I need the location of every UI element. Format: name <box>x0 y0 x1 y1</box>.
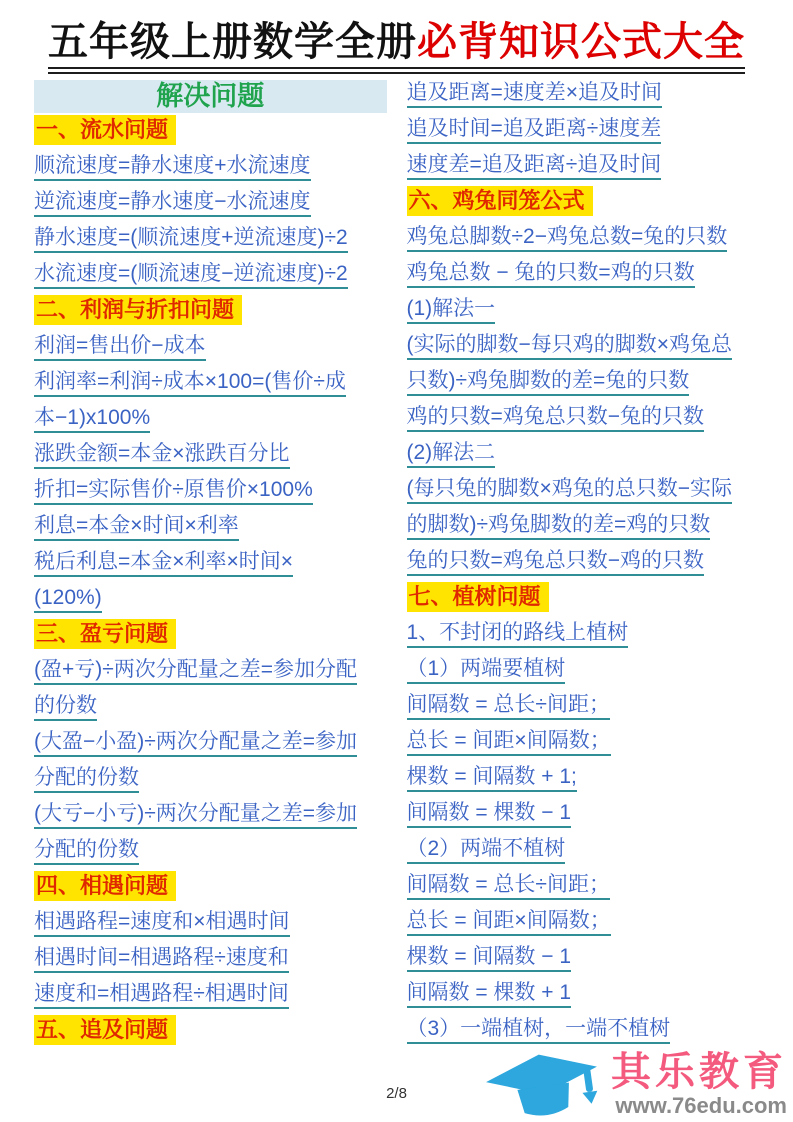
formula-line: 相遇路程=速度和×相遇时间 <box>34 909 387 935</box>
formula-line: 相遇时间=相遇路程÷速度和 <box>34 945 387 971</box>
line-text: 间隔数 = 总长÷间距； <box>407 693 610 720</box>
line-text: 五、追及问题 <box>34 1015 176 1045</box>
line-text: (120%) <box>34 586 102 613</box>
formula-line: 速度差=追及距离÷追及时间 <box>407 152 760 178</box>
formula-line: 利息=本金×时间×利率 <box>34 513 387 539</box>
formula-line: 总长 = 间距×间隔数； <box>407 908 760 934</box>
section-heading: 二、利润与折扣问题 <box>34 297 387 323</box>
line-text: 分配的份数 <box>34 766 139 793</box>
formula-line: 静水速度=(顺流速度+逆流速度)÷2 <box>34 225 387 251</box>
line-text: (盈+亏)÷两次分配量之差=参加分配 <box>34 658 357 685</box>
formula-line: 折扣=实际售价÷原售价×100% <box>34 477 387 503</box>
section-heading: 七、植树问题 <box>407 584 760 610</box>
formula-line: 速度和=相遇路程÷相遇时间 <box>34 981 387 1007</box>
line-text: 鸡兔总数 − 兔的只数=鸡的只数 <box>407 261 695 288</box>
line-text: 鸡的只数=鸡兔总只数−兔的只数 <box>407 405 705 432</box>
formula-line: 的份数 <box>34 693 387 719</box>
formula-line: (每只兔的脚数×鸡兔的总只数−实际 <box>407 476 760 502</box>
line-text: 的份数 <box>34 694 97 721</box>
formula-line: 顺流速度=静水速度+水流速度 <box>34 153 387 179</box>
page-title-red-part: 必背知识公式大全 <box>417 20 745 64</box>
formula-line: 逆流速度=静水速度−水流速度 <box>34 189 387 215</box>
line-text: 利润率=利润÷成本×100=(售价÷成 <box>34 370 346 397</box>
right-column-lines: 追及距离=速度差×追及时间 追及时间=追及距离÷速度差 速度差=追及距离÷追及时… <box>407 80 760 1042</box>
formula-line: 总长 = 间距×间隔数； <box>407 728 760 754</box>
line-text: 七、植树问题 <box>407 582 549 612</box>
formula-line: (实际的脚数−每只鸡的脚数×鸡兔总 <box>407 332 760 358</box>
line-text: 速度和=相遇路程÷相遇时间 <box>34 982 289 1009</box>
formula-line: 水流速度=(顺流速度−逆流速度)÷2 <box>34 261 387 287</box>
formula-line: 兔的只数=鸡兔总只数−鸡的只数 <box>407 548 760 574</box>
line-text: 相遇时间=相遇路程÷速度和 <box>34 946 289 973</box>
formula-line: 利润率=利润÷成本×100=(售价÷成 <box>34 369 387 395</box>
line-text: (大盈−小盈)÷两次分配量之差=参加 <box>34 730 357 757</box>
formula-line: 税后利息=本金×利率×时间× <box>34 549 387 575</box>
line-text: 四、相遇问题 <box>34 871 176 901</box>
formula-line: 鸡兔总脚数÷2−鸡兔总数=兔的只数 <box>407 224 760 250</box>
formula-line: （3）一端植树，一端不植树 <box>407 1016 760 1042</box>
formula-line: 间隔数 = 总长÷间距； <box>407 692 760 718</box>
line-text: 六、鸡兔同笼公式 <box>407 186 593 216</box>
formula-line: （1）两端要植树 <box>407 656 760 682</box>
section-heading: 六、鸡兔同笼公式 <box>407 188 760 214</box>
formula-line: 棵数 = 间隔数 + 1; <box>407 764 760 790</box>
formula-line: 间隔数 = 棵数 + 1 <box>407 980 760 1006</box>
left-column-lines: 一、流水问题 顺流速度=静水速度+水流速度 逆流速度=静水速度−水流速度 静水速… <box>34 117 387 1043</box>
line-text: （1）两端要植树 <box>407 657 566 684</box>
formula-line: (2)解法二 <box>407 440 760 466</box>
line-text: 棵数 = 间隔数 + 1; <box>407 765 577 792</box>
formula-columns: 解决问题 一、流水问题 顺流速度=静水速度+水流速度 逆流速度=静水速度−水流速… <box>0 74 793 1053</box>
formula-line: 间隔数 = 棵数 − 1 <box>407 800 760 826</box>
line-text: 静水速度=(顺流速度+逆流速度)÷2 <box>34 226 348 253</box>
logo-website-url: www.76edu.com <box>615 1093 787 1119</box>
logo-brand-name: 其乐教育 <box>611 1051 787 1093</box>
publisher-logo: 其乐教育 www.76edu.com <box>481 1048 787 1122</box>
formula-line: 利润=售出价−成本 <box>34 333 387 359</box>
logo-texts: 其乐教育 www.76edu.com <box>611 1051 787 1119</box>
page-title-black-part: 五年级上册数学全册 <box>48 20 417 64</box>
formula-line: 追及时间=追及距离÷速度差 <box>407 116 760 142</box>
document-page: 五年级上册数学全册必背知识公式大全 解决问题 一、流水问题 顺流速度=静水速度+… <box>0 0 793 1122</box>
line-text: 速度差=追及距离÷追及时间 <box>407 153 662 180</box>
section-heading: 三、盈亏问题 <box>34 621 387 647</box>
formula-line: 分配的份数 <box>34 837 387 863</box>
line-text: 1、不封闭的路线上植树 <box>407 621 629 648</box>
title-row: 五年级上册数学全册必背知识公式大全 <box>0 0 793 74</box>
line-text: 折扣=实际售价÷原售价×100% <box>34 478 313 505</box>
line-text: 总长 = 间距×间隔数； <box>407 909 611 936</box>
line-text: (大亏−小亏)÷两次分配量之差=参加 <box>34 802 357 829</box>
line-text: 一、流水问题 <box>34 115 176 145</box>
line-text: （2）两端不植树 <box>407 837 566 864</box>
line-text: 追及时间=追及距离÷速度差 <box>407 117 662 144</box>
graduation-cap-icon <box>481 1048 609 1122</box>
formula-line: 鸡的只数=鸡兔总只数−兔的只数 <box>407 404 760 430</box>
line-text: 利息=本金×时间×利率 <box>34 514 239 541</box>
left-column: 解决问题 一、流水问题 顺流速度=静水速度+水流速度 逆流速度=静水速度−水流速… <box>34 80 387 1053</box>
formula-line: 的脚数)÷鸡兔脚数的差=鸡的只数 <box>407 512 760 538</box>
line-text: 只数)÷鸡兔脚数的差=兔的只数 <box>407 369 690 396</box>
formula-line: 鸡兔总数 − 兔的只数=鸡的只数 <box>407 260 760 286</box>
line-text: 分配的份数 <box>34 838 139 865</box>
line-text: 间隔数 = 棵数 + 1 <box>407 981 572 1008</box>
line-text: 水流速度=(顺流速度−逆流速度)÷2 <box>34 262 348 289</box>
section-heading: 一、流水问题 <box>34 117 387 143</box>
formula-line: 棵数 = 间隔数 − 1 <box>407 944 760 970</box>
formula-line: 涨跌金额=本金×涨跌百分比 <box>34 441 387 467</box>
line-text: 的脚数)÷鸡兔脚数的差=鸡的只数 <box>407 513 711 540</box>
line-text: 利润=售出价−成本 <box>34 334 206 361</box>
section-heading: 四、相遇问题 <box>34 873 387 899</box>
line-text: 间隔数 = 棵数 − 1 <box>407 801 572 828</box>
line-text: 逆流速度=静水速度−水流速度 <box>34 190 311 217</box>
line-text: (实际的脚数−每只鸡的脚数×鸡兔总 <box>407 333 733 360</box>
formula-line: 本−1)x100% <box>34 405 387 431</box>
formula-line: 间隔数 = 总长÷间距； <box>407 872 760 898</box>
line-text: 三、盈亏问题 <box>34 619 176 649</box>
formula-line: (120%) <box>34 585 387 611</box>
formula-line: (盈+亏)÷两次分配量之差=参加分配 <box>34 657 387 683</box>
section-heading: 五、追及问题 <box>34 1017 387 1043</box>
line-text: (2)解法二 <box>407 441 496 468</box>
line-text: 顺流速度=静水速度+水流速度 <box>34 154 311 181</box>
line-text: 间隔数 = 总长÷间距； <box>407 873 610 900</box>
solve-problems-header: 解决问题 <box>34 80 387 113</box>
formula-line: (大盈−小盈)÷两次分配量之差=参加 <box>34 729 387 755</box>
formula-line: 分配的份数 <box>34 765 387 791</box>
line-text: 追及距离=速度差×追及时间 <box>407 81 663 108</box>
page-title: 五年级上册数学全册必背知识公式大全 <box>48 20 745 74</box>
line-text: 总长 = 间距×间隔数； <box>407 729 611 756</box>
line-text: 涨跌金额=本金×涨跌百分比 <box>34 442 290 469</box>
formula-line: 只数)÷鸡兔脚数的差=兔的只数 <box>407 368 760 394</box>
formula-line: （2）两端不植树 <box>407 836 760 862</box>
line-text: 棵数 = 间隔数 − 1 <box>407 945 572 972</box>
line-text: 相遇路程=速度和×相遇时间 <box>34 910 290 937</box>
line-text: 二、利润与折扣问题 <box>34 295 242 325</box>
line-text: 鸡兔总脚数÷2−鸡兔总数=兔的只数 <box>407 225 728 252</box>
formula-line: 追及距离=速度差×追及时间 <box>407 80 760 106</box>
line-text: （3）一端植树，一端不植树 <box>407 1017 671 1044</box>
line-text: 税后利息=本金×利率×时间× <box>34 550 293 577</box>
line-text: (每只兔的脚数×鸡兔的总只数−实际 <box>407 477 733 504</box>
line-text: (1)解法一 <box>407 297 496 324</box>
line-text: 兔的只数=鸡兔总只数−鸡的只数 <box>407 549 705 576</box>
line-text: 本−1)x100% <box>34 406 150 433</box>
formula-line: (大亏−小亏)÷两次分配量之差=参加 <box>34 801 387 827</box>
right-column: 追及距离=速度差×追及时间 追及时间=追及距离÷速度差 速度差=追及距离÷追及时… <box>407 80 760 1053</box>
formula-line: 1、不封闭的路线上植树 <box>407 620 760 646</box>
formula-line: (1)解法一 <box>407 296 760 322</box>
